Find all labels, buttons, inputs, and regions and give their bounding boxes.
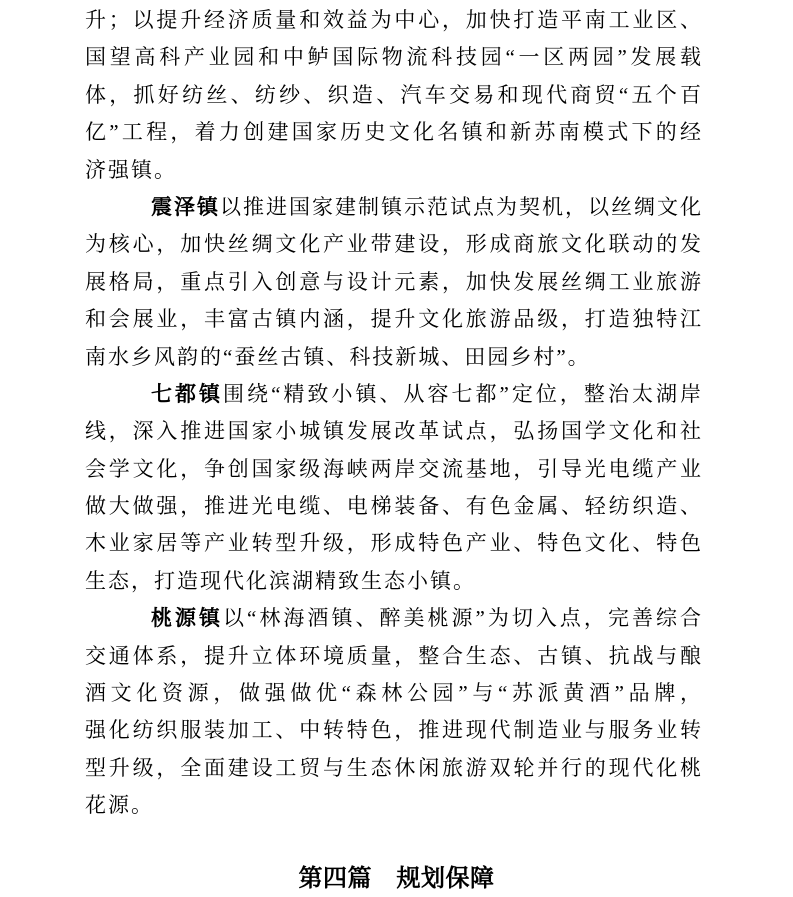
text-line: 木业家居等产业转型升级，形成特色产业、特色文化、特色 — [85, 525, 703, 562]
document-body: 升；以提升经济质量和效益为中心，加快打造平南工业区、国望高科产业园和中鲈国际物流… — [85, 2, 703, 825]
text-line: 线，深入推进国家小城镇发展改革试点，弘扬国学文化和社 — [85, 413, 703, 450]
text-line: 济强镇。 — [85, 152, 703, 189]
text-line: 为核心，加快丝绸文化产业带建设，形成商旅文化联动的发 — [85, 226, 703, 263]
text-line: 做大做强，推进光电缆、电梯装备、有色金属、轻纺织造、 — [85, 488, 703, 525]
text-line: 南水乡风韵的“蚕丝古镇、科技新城、田园乡村”。 — [85, 339, 703, 376]
text-line: 体，抓好纺丝、纺纱、织造、汽车交易和现代商贸“五个百 — [85, 77, 703, 114]
text-line: 展格局，重点引入创意与设计元素，加快发展丝绸工业旅游 — [85, 264, 703, 301]
town-name: 七都镇 — [151, 382, 223, 406]
document-page: 升；以提升经济质量和效益为中心，加快打造平南工业区、国望高科产业园和中鲈国际物流… — [0, 0, 793, 897]
text-line: 花源。 — [85, 787, 703, 824]
text-line: 生态，打造现代化滨湖精致生态小镇。 — [85, 563, 703, 600]
text-line: 桃源镇以“林海酒镇、醉美桃源”为切入点，完善综合 — [85, 600, 703, 637]
text-line: 亿”工程，着力创建国家历史文化名镇和新苏南模式下的经 — [85, 114, 703, 151]
text-line: 震泽镇以推进国家建制镇示范试点为契机，以丝绸文化 — [85, 189, 703, 226]
text-line: 和会展业，丰富古镇内涵，提升文化旅游品级，打造独特江 — [85, 301, 703, 338]
town-name: 震泽镇 — [151, 195, 220, 219]
text-line: 会学文化，争创国家级海峡两岸交流基地，引导光电缆产业 — [85, 451, 703, 488]
text-line: 强化纺织服装加工、中转特色，推进现代制造业与服务业转 — [85, 712, 703, 749]
text-line: 国望高科产业园和中鲈国际物流科技园“一区两园”发展载 — [85, 39, 703, 76]
text-line: 交通体系，提升立体环境质量，整合生态、古镇、抗战与酿 — [85, 638, 703, 675]
text-line: 升；以提升经济质量和效益为中心，加快打造平南工业区、 — [85, 2, 703, 39]
town-name: 桃源镇 — [151, 606, 223, 630]
text-line: 七都镇围绕“精致小镇、从容七都”定位，整治太湖岸 — [85, 376, 703, 413]
text-line: 酒文化资源，做强做优“森林公园”与“苏派黄酒”品牌， — [85, 675, 703, 712]
text-line: 型升级，全面建设工贸与生态休闲旅游双轮并行的现代化桃 — [85, 750, 703, 787]
section-heading: 第四篇 规划保障 — [0, 863, 793, 893]
